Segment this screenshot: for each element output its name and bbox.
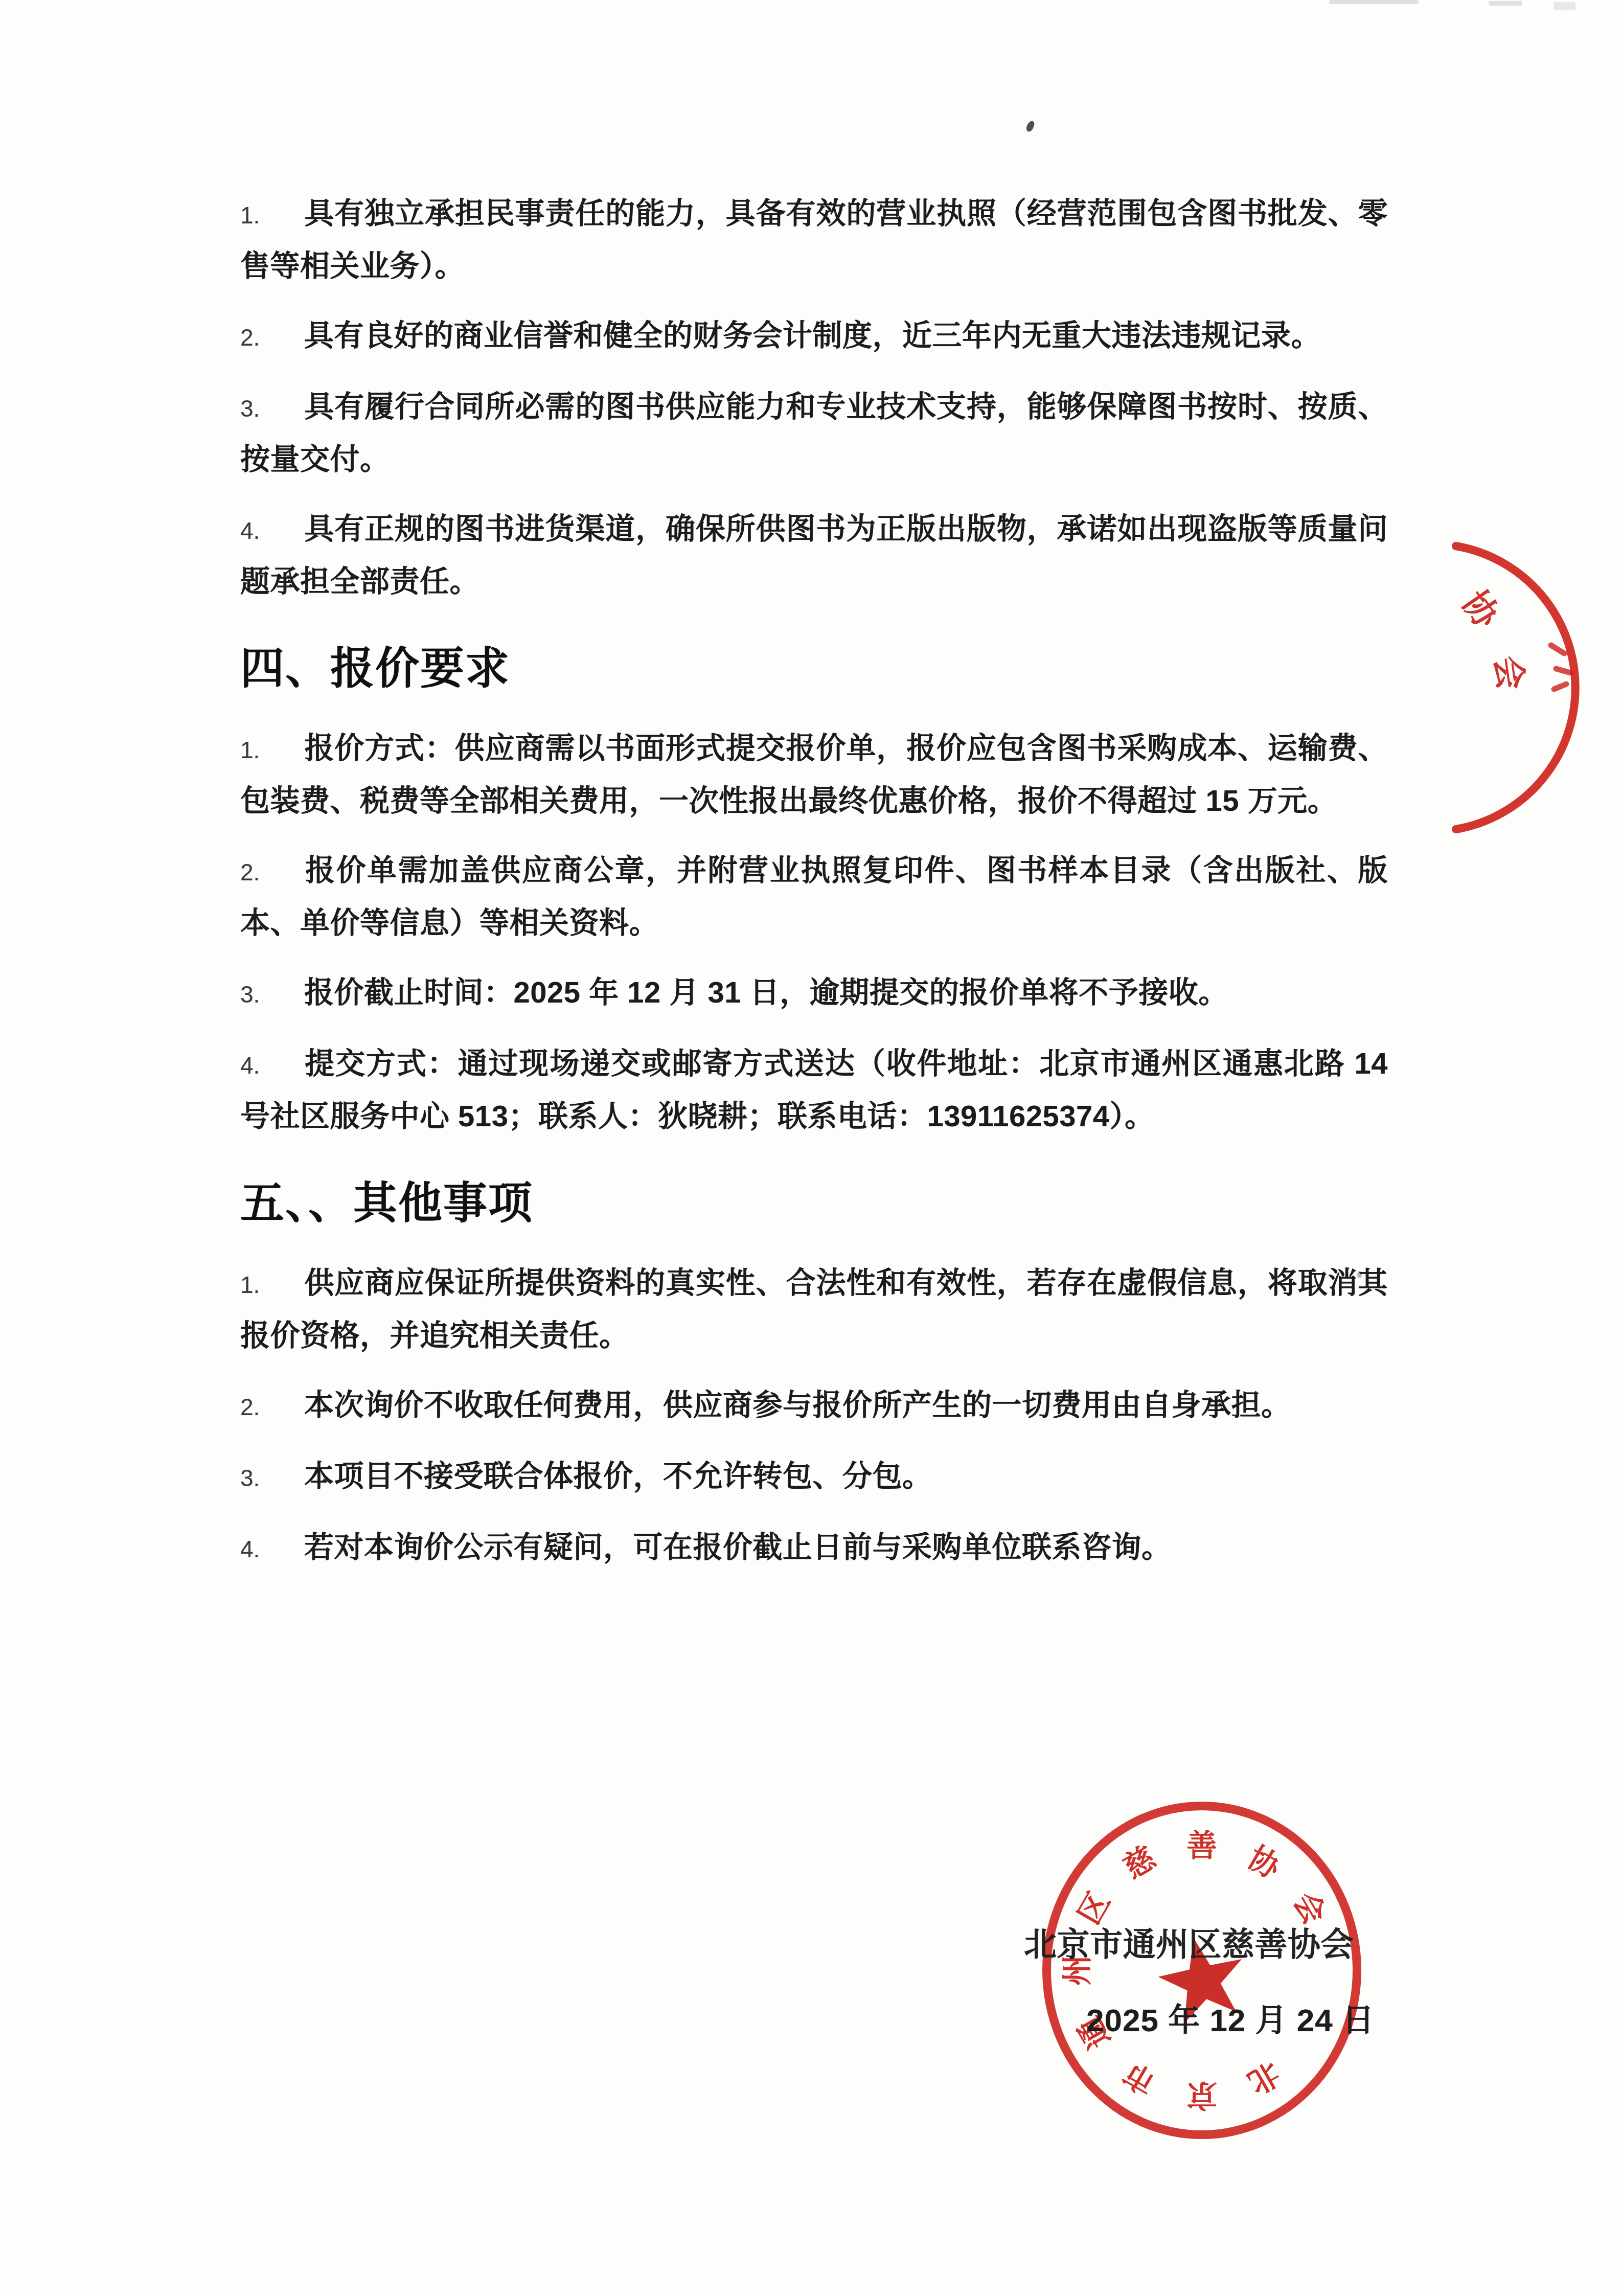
list-item-text: 若对本询价公示有疑问，可在报价截止日前与采购单位联系咨询。 — [304, 1531, 1172, 1564]
list-item-number: 4. — [240, 1524, 304, 1575]
list-item-number: 3. — [240, 969, 304, 1020]
section-heading-quote-requirements: 四、报价要求 — [240, 641, 1388, 696]
list-item-text: 具有独立承担民事责任的能力，具备有效的营业执照（经营范围包含图书批发、零售等相关… — [240, 197, 1388, 283]
qualification-item-4: 4.具有正规的图书进货渠道，确保所供图书为正版出版物，承诺如出现盗版等质量问题承… — [240, 504, 1388, 607]
list-item-number: 2. — [240, 847, 304, 898]
seal-ring-char: 京 — [1186, 2075, 1217, 2119]
document-body: 1.具有独立承担民事责任的能力，具备有效的营业执照（经营范围包含图书批发、零售等… — [240, 188, 1388, 1575]
list-item-text: 本次询价不收取任何费用，供应商参与报价所产生的一切费用由自身承担。 — [304, 1389, 1291, 1422]
list-item-number: 4. — [240, 505, 304, 556]
seal-ring-char: 市 — [1114, 2054, 1163, 2107]
list-item-number: 1. — [240, 190, 304, 241]
list-item-text: 供应商应保证所提供资料的真实性、合法性和有效性，若存在虚假信息，将取消其报价资格… — [240, 1266, 1388, 1352]
seal-ring-char: 慈 — [1114, 1834, 1163, 1887]
list-item-text: 报价截止时间：2025 年 12 月 31 日，逾期提交的报价单将不予接收。 — [304, 976, 1228, 1009]
list-item-number: 1. — [240, 724, 304, 776]
scanned-document-page: 1.具有独立承担民事责任的能力，具备有效的营业执照（经营范围包含图书批发、零售等… — [0, 0, 1622, 2296]
list-item-text: 提交方式：通过现场递交或邮寄方式送达（收件地址：北京市通州区通惠北路 14 号社… — [240, 1047, 1388, 1133]
edge-seal-arc — [1456, 546, 1575, 829]
list-item-text: 具有履行合同所必需的图书供应能力和专业技术支持，能够保障图书按时、按质、按量交付… — [240, 390, 1388, 476]
seal-ring-char: 善 — [1186, 1822, 1217, 1866]
quote-item-2: 2.报价单需加盖供应商公章，并附营业执照复印件、图书样本目录（含出版社、版本、单… — [240, 845, 1388, 949]
list-item-text: 报价方式：供应商需以书面形式提交报价单，报价应包含图书采购成本、运输费、包装费、… — [240, 732, 1388, 817]
edge-seal-char-top: 协 — [1454, 584, 1507, 636]
edge-seal-ink-fragment — [1551, 645, 1570, 689]
seal-ring-char: 北 — [1241, 2054, 1290, 2107]
seal-ring — [1042, 1802, 1361, 2139]
quote-item-1: 1.报价方式：供应商需以书面形式提交报价单，报价应包含图书采购成本、运输费、包装… — [240, 723, 1388, 827]
list-item-text: 具有正规的图书进货渠道，确保所供图书为正版出版物，承诺如出现盗版等质量问题承担全… — [240, 512, 1388, 598]
scan-speck — [1025, 120, 1036, 132]
other-item-3: 3.本项目不接受联合体报价，不允许转包、分包。 — [240, 1451, 1388, 1504]
other-item-2: 2.本次询价不收取任何费用，供应商参与报价所产生的一切费用由自身承担。 — [240, 1380, 1388, 1433]
scan-smudge — [1329, 0, 1419, 4]
edge-seal-char-bottom: 会 — [1488, 653, 1530, 692]
qualification-item-1: 1.具有独立承担民事责任的能力，具备有效的营业执照（经营范围包含图书批发、零售等… — [240, 188, 1388, 292]
list-item-number: 3. — [240, 1452, 304, 1504]
list-item-number: 1. — [240, 1259, 304, 1310]
seal-ring-char: 协 — [1241, 1834, 1290, 1887]
list-item-number: 4. — [240, 1040, 304, 1091]
list-item-number: 3. — [240, 383, 304, 434]
signature-date: 2025 年 12 月 24 日 — [1086, 1995, 1375, 2040]
section-heading-other-matters: 五、、其他事项 — [240, 1176, 1388, 1231]
list-item-text: 本项目不接受联合体报价，不允许转包、分包。 — [304, 1460, 932, 1493]
quote-item-3: 3.报价截止时间：2025 年 12 月 31 日，逾期提交的报价单将不予接收。 — [240, 967, 1388, 1020]
list-item-text: 报价单需加盖供应商公章，并附营业执照复印件、图书样本目录（含出版社、版本、单价等… — [240, 854, 1388, 940]
signature-organization: 北京市通州区慈善协会 — [1024, 1918, 1354, 1965]
other-item-1: 1.供应商应保证所提供资料的真实性、合法性和有效性，若存在虚假信息，将取消其报价… — [240, 1258, 1388, 1361]
qualification-item-2: 2.具有良好的商业信誉和健全的财务会计制度，近三年内无重大违法违规记录。 — [240, 310, 1388, 363]
other-item-4: 4.若对本询价公示有疑问，可在报价截止日前与采购单位联系咨询。 — [240, 1522, 1388, 1575]
official-seal: 北京市通州区慈善协会 — [1042, 1802, 1361, 2139]
scan-smudge — [1554, 2, 1575, 10]
list-item-number: 2. — [240, 1381, 304, 1433]
list-item-text: 具有良好的商业信誉和健全的财务会计制度，近三年内无重大违法违规记录。 — [304, 319, 1321, 352]
list-item-number: 2. — [240, 312, 304, 363]
scan-smudge — [1489, 1, 1522, 6]
quote-item-4: 4.提交方式：通过现场递交或邮寄方式送达（收件地址：北京市通州区通惠北路 14 … — [240, 1038, 1388, 1142]
qualification-item-3: 3.具有履行合同所必需的图书供应能力和专业技术支持，能够保障图书按时、按质、按量… — [240, 381, 1388, 485]
